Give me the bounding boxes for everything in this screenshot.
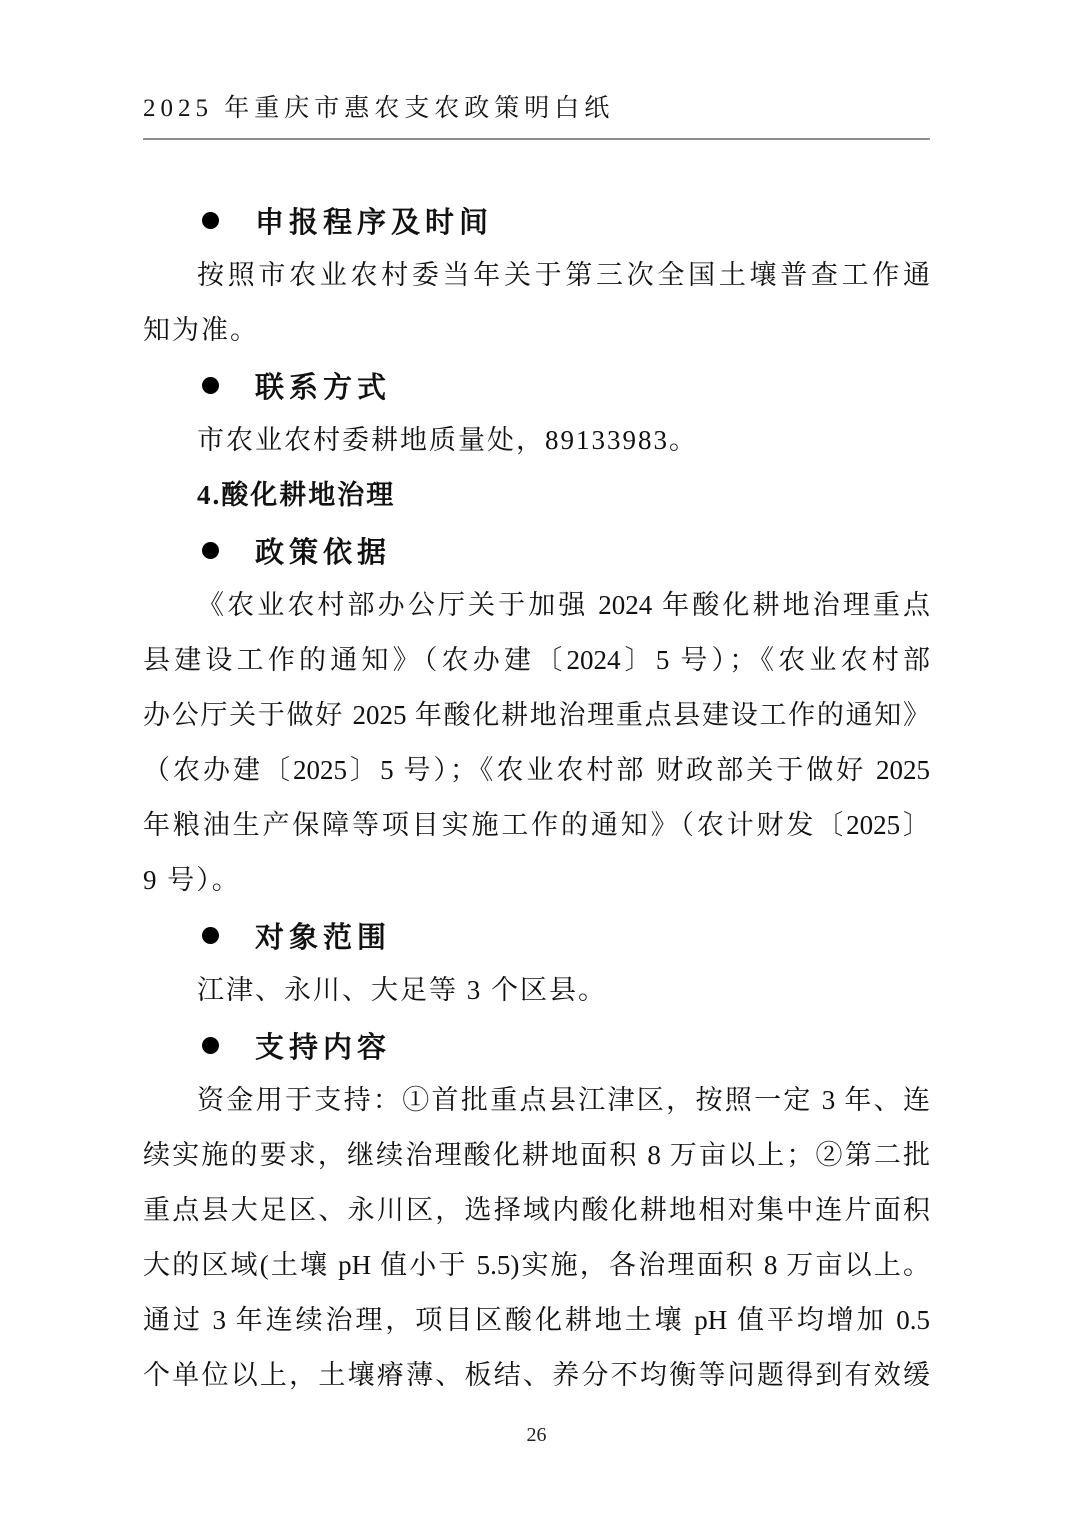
paragraph-line: 知为准。 (143, 303, 930, 358)
section-heading-label: 联系方式 (255, 365, 391, 406)
header-divider (143, 138, 930, 140)
bullet-icon (202, 927, 219, 944)
bullet-icon (202, 1037, 219, 1054)
paragraph-line: 个单位以上，土壤瘠薄、板结、养分不均衡等问题得到有效缓 (143, 1348, 930, 1403)
paragraph-line: 江津、永川、大足等 3 个区县。 (143, 963, 930, 1018)
paragraph-line: 按照市农业农村委当年关于第三次全国土壤普查工作通 (143, 248, 930, 303)
bullet-icon (202, 542, 219, 559)
page-number: 26 (143, 1421, 930, 1449)
section-heading-label: 申报程序及时间 (255, 200, 493, 241)
paragraph-line: 通过 3 年连续治理，项目区酸化耕地土壤 pH 值平均增加 0.5 (143, 1293, 930, 1348)
bullet-icon (202, 377, 219, 394)
paragraph-line: 县建设工作的通知》（农办建〔2024〕5 号）；《农业农村部 (143, 633, 930, 688)
paragraph-line: 资金用于支持：①首批重点县江津区，按照一定 3 年、连 (143, 1073, 930, 1128)
section-heading-target-scope: 对象范围 (143, 908, 930, 963)
document-page: 2025 年重庆市惠农支农政策明白纸 申报程序及时间 按照市农业农村委当年关于第… (0, 0, 1074, 1520)
bullet-icon (202, 212, 219, 229)
section-heading-support-content: 支持内容 (143, 1018, 930, 1073)
section-heading-policy-basis: 政策依据 (143, 523, 930, 578)
paragraph-line: （农办建〔2025〕5 号）；《农业农村部 财政部关于做好 2025 (143, 743, 930, 798)
paragraph-line: 9 号）。 (143, 853, 930, 908)
paragraph-line: 重点县大足区、永川区，选择域内酸化耕地相对集中连片面积 (143, 1183, 930, 1238)
section-heading-label: 对象范围 (255, 915, 391, 956)
paragraph-line: 年粮油生产保障等项目实施工作的通知》（农计财发〔2025〕 (143, 798, 930, 853)
document-body: 申报程序及时间 按照市农业农村委当年关于第三次全国土壤普查工作通 知为准。 联系… (143, 193, 930, 1403)
page-header: 2025 年重庆市惠农支农政策明白纸 (143, 94, 930, 140)
subsection-title-acidified-farmland: 4.酸化耕地治理 (143, 468, 930, 523)
paragraph-line: 续实施的要求，继续治理酸化耕地面积 8 万亩以上；②第二批 (143, 1128, 930, 1183)
paragraph-line: 《农业农村部办公厅关于加强 2024 年酸化耕地治理重点 (143, 578, 930, 633)
section-heading-application-procedure: 申报程序及时间 (143, 193, 930, 248)
section-heading-label: 支持内容 (255, 1025, 391, 1066)
paragraph-line: 办公厅关于做好 2025 年酸化耕地治理重点县建设工作的通知》 (143, 688, 930, 743)
section-heading-label: 政策依据 (255, 530, 391, 571)
page-header-title: 2025 年重庆市惠农支农政策明白纸 (143, 94, 930, 124)
section-heading-contact: 联系方式 (143, 358, 930, 413)
paragraph-line: 大的区域(土壤 pH 值小于 5.5)实施，各治理面积 8 万亩以上。 (143, 1238, 930, 1293)
paragraph-line: 市农业农村委耕地质量处，89133983。 (143, 413, 930, 468)
